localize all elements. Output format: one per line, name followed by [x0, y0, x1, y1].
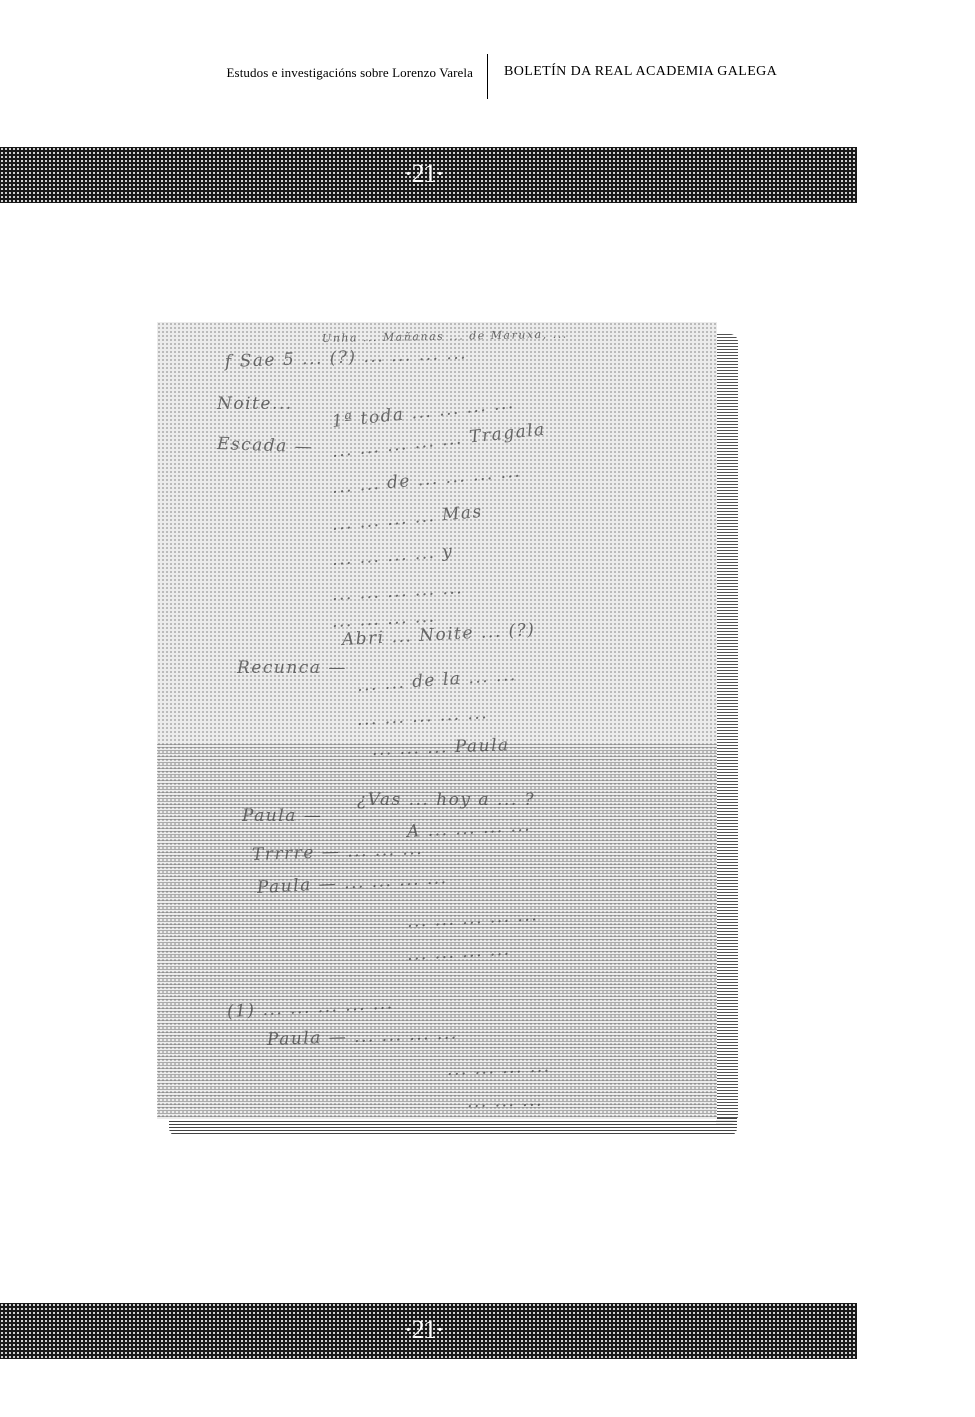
running-head-divider [487, 54, 488, 99]
handwritten-line: Escada — [217, 434, 314, 457]
handwritten-line: Recunca — [237, 658, 347, 678]
handwritten-line: Paula — [242, 806, 322, 826]
page-number-top: ·21· [404, 159, 443, 189]
handwritten-line: ... ... ... [467, 1091, 543, 1112]
manuscript-facsimile: Unha ... Mañanas ... de Maruxa, ... f Sa… [157, 322, 737, 1137]
folio-band-bottom: ·21· [0, 1303, 857, 1359]
running-head: Estudos e investigacións sobre Lorenzo V… [0, 52, 975, 100]
handwritten-line: ... ... ... ... [447, 1056, 551, 1080]
handwritten-line: Noite... [217, 394, 293, 414]
running-head-series-title: Estudos e investigacións sobre Lorenzo V… [227, 65, 474, 81]
paper-shadow-bottom [169, 1118, 737, 1136]
running-head-journal-title: BOLETÍN DA REAL ACADEMIA GALEGA [504, 64, 777, 80]
paper-shadow-right [716, 334, 738, 1124]
folio-band-top: ·21· [0, 147, 857, 203]
page-number-bottom: ·21· [404, 1315, 443, 1345]
handwritten-line: ¿Vas ... hoy a ... ? [357, 790, 535, 810]
